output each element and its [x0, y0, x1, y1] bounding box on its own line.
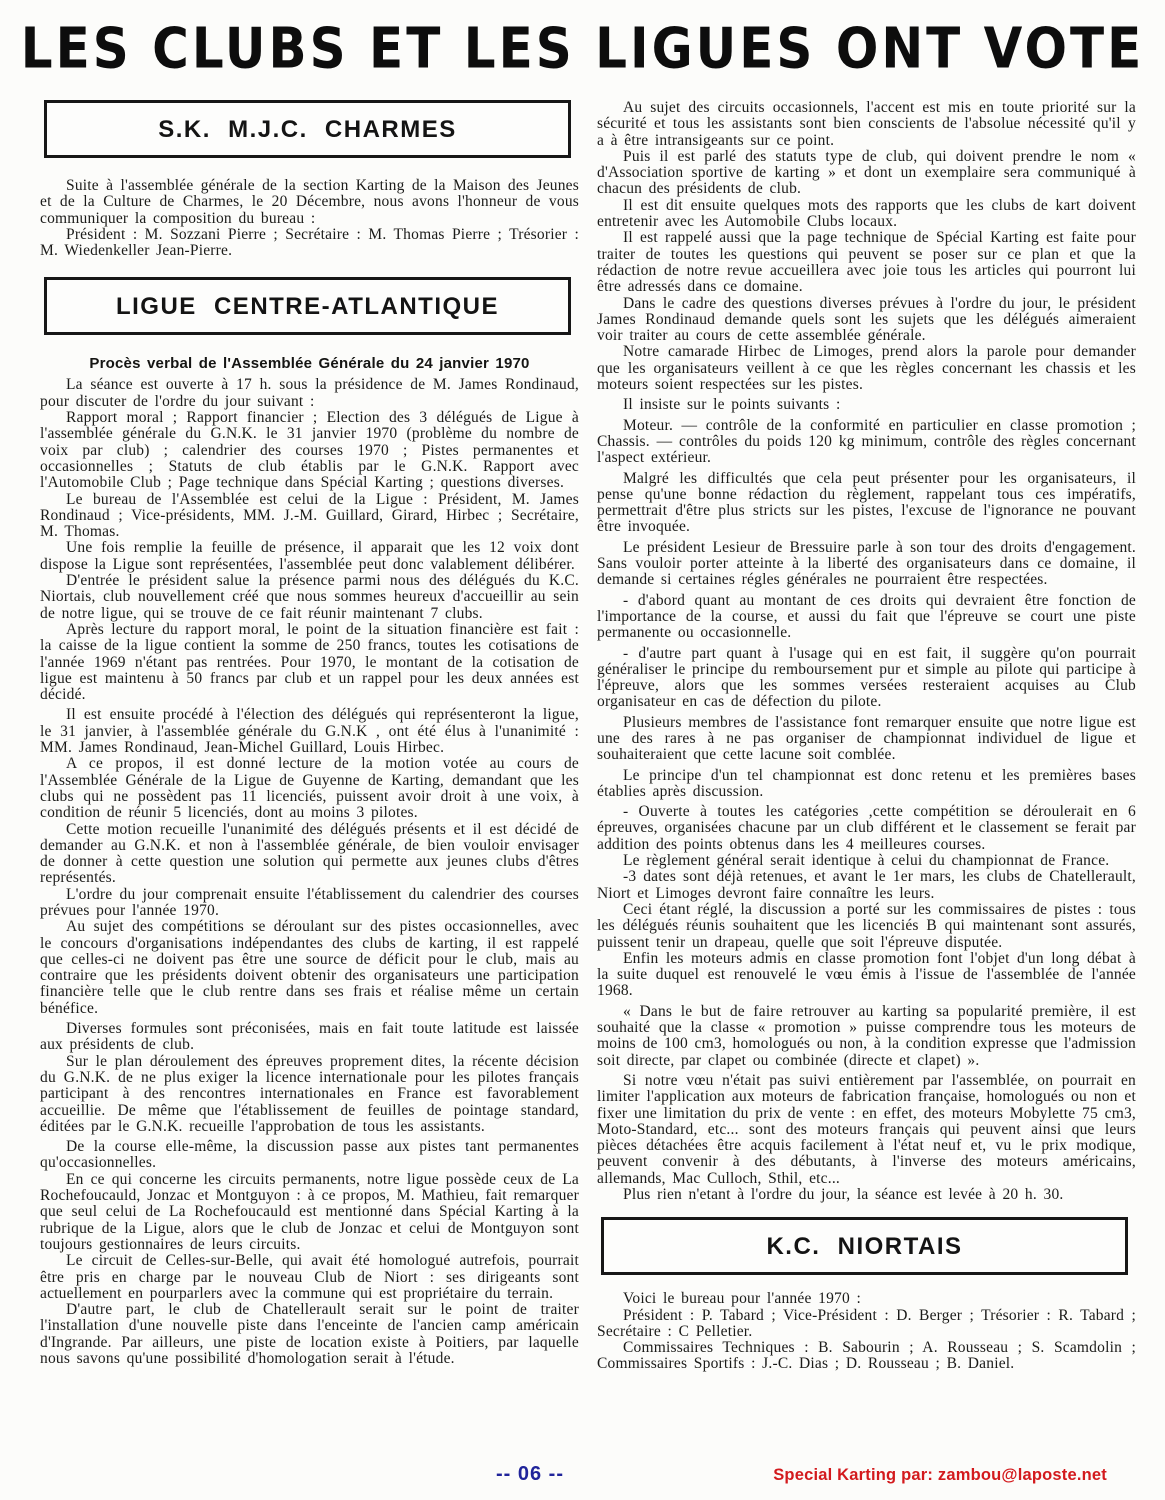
paragraph: De la course elle-même, la discussion pa…: [40, 1139, 579, 1172]
paragraph: Moteur. — contrôle de la conformité en p…: [597, 418, 1136, 467]
paragraph: Le règlement général serait identique à …: [597, 853, 1136, 869]
section-subheader: Procès verbal de l'Assemblée Générale du…: [40, 355, 579, 372]
paragraph: Diverses formules sont préconisées, mais…: [40, 1021, 579, 1054]
paragraph: Le principe d'un tel championnat est don…: [597, 768, 1136, 801]
article-columns: S.K. M.J.C. CHARMES Suite à l'assemblée …: [40, 100, 1136, 1373]
left-column: S.K. M.J.C. CHARMES Suite à l'assemblée …: [40, 100, 579, 1367]
paragraph: L'ordre du jour comprenait ensuite l'éta…: [40, 887, 579, 920]
paragraph: Puis il est parlé des statuts type de cl…: [597, 149, 1136, 198]
paragraph: « Dans le but de faire retrouver au kart…: [597, 1004, 1136, 1069]
paragraph: Rapport moral ; Rapport financier ; Elec…: [40, 410, 579, 491]
paragraph: Voici le bureau pour l'année 1970 :: [597, 1291, 1136, 1307]
paragraph: Au sujet des circuits occasionnels, l'ac…: [597, 100, 1136, 149]
paragraph: Après lecture du rapport moral, le point…: [40, 622, 579, 703]
paragraph: Dans le cadre des questions diverses pré…: [597, 296, 1136, 345]
credit-line: Special Karting par: zambou@laposte.net: [773, 1466, 1107, 1485]
paragraph: -3 dates sont déjà retenues, et avant le…: [597, 869, 1136, 902]
paragraph: Il est rappelé aussi que la page techniq…: [597, 230, 1136, 295]
paragraph: Le circuit de Celles-sur-Belle, qui avai…: [40, 1253, 579, 1302]
paragraph: Au sujet des compétitions se déroulant s…: [40, 919, 579, 1017]
section-header-ligue: LIGUE CENTRE-ATLANTIQUE: [44, 277, 571, 335]
paragraph: Commissaires Techniques : B. Sabourin ; …: [597, 1340, 1136, 1373]
document-page: LES CLUBS ET LES LIGUES ONT VOTE S.K. M.…: [0, 0, 1165, 1500]
paragraph: Il est ensuite procédé à l'élection des …: [40, 707, 579, 756]
paragraph: Notre camarade Hirbec de Limoges, prend …: [597, 344, 1136, 393]
paragraph: Enfin les moteurs admis en classe promot…: [597, 951, 1136, 1000]
paragraph: A ce propos, il est donné lecture de la …: [40, 756, 579, 821]
paragraph: Président : P. Tabard ; Vice-Président :…: [597, 1308, 1136, 1341]
paragraph: Une fois remplie la feuille de présence,…: [40, 540, 579, 573]
paragraph: Si notre vœu n'était pas suivi entièreme…: [597, 1073, 1136, 1187]
paragraph: Plusieurs membres de l'assistance font r…: [597, 715, 1136, 764]
paragraph: Le bureau de l'Assemblée est celui de la…: [40, 492, 579, 541]
paragraph: - d'abord quant au montant de ces droits…: [597, 593, 1136, 642]
paragraph: La séance est ouverte à 17 h. sous la pr…: [40, 377, 579, 410]
page-title: LES CLUBS ET LES LIGUES ONT VOTE: [0, 16, 1165, 81]
section-header-niortais: K.C. NIORTAIS: [601, 1217, 1128, 1275]
paragraph: Il est dit ensuite quelques mots des rap…: [597, 198, 1136, 231]
right-column: Au sujet des circuits occasionnels, l'ac…: [597, 100, 1136, 1373]
page-number: -- 06 --: [496, 1463, 564, 1486]
paragraph: - Ouverte à toutes les catégories ,cette…: [597, 804, 1136, 853]
paragraph: Il insiste sur le points suivants :: [597, 397, 1136, 413]
paragraph: Le président Lesieur de Bressuire parle …: [597, 540, 1136, 589]
section-header-charmes: S.K. M.J.C. CHARMES: [44, 100, 571, 158]
paragraph: D'autre part, le club de Chatellerault s…: [40, 1302, 579, 1367]
paragraph: Suite à l'assemblée générale de la secti…: [40, 178, 579, 227]
paragraph: D'entrée le président salue la présence …: [40, 573, 579, 622]
paragraph: Plus rien n'etant à l'ordre du jour, la …: [597, 1187, 1136, 1203]
paragraph: Ceci étant réglé, la discussion a porté …: [597, 902, 1136, 951]
paragraph: En ce qui concerne les circuits permanen…: [40, 1172, 579, 1253]
paragraph: Malgré les difficultés que cela peut pré…: [597, 471, 1136, 536]
paragraph: Cette motion recueille l'unanimité des d…: [40, 822, 579, 887]
paragraph: Président : M. Sozzani Pierre ; Secrétai…: [40, 227, 579, 260]
paragraph: Sur le plan déroulement des épreuves pro…: [40, 1054, 579, 1135]
paragraph: - d'autre part quant à l'usage qui en es…: [597, 646, 1136, 711]
